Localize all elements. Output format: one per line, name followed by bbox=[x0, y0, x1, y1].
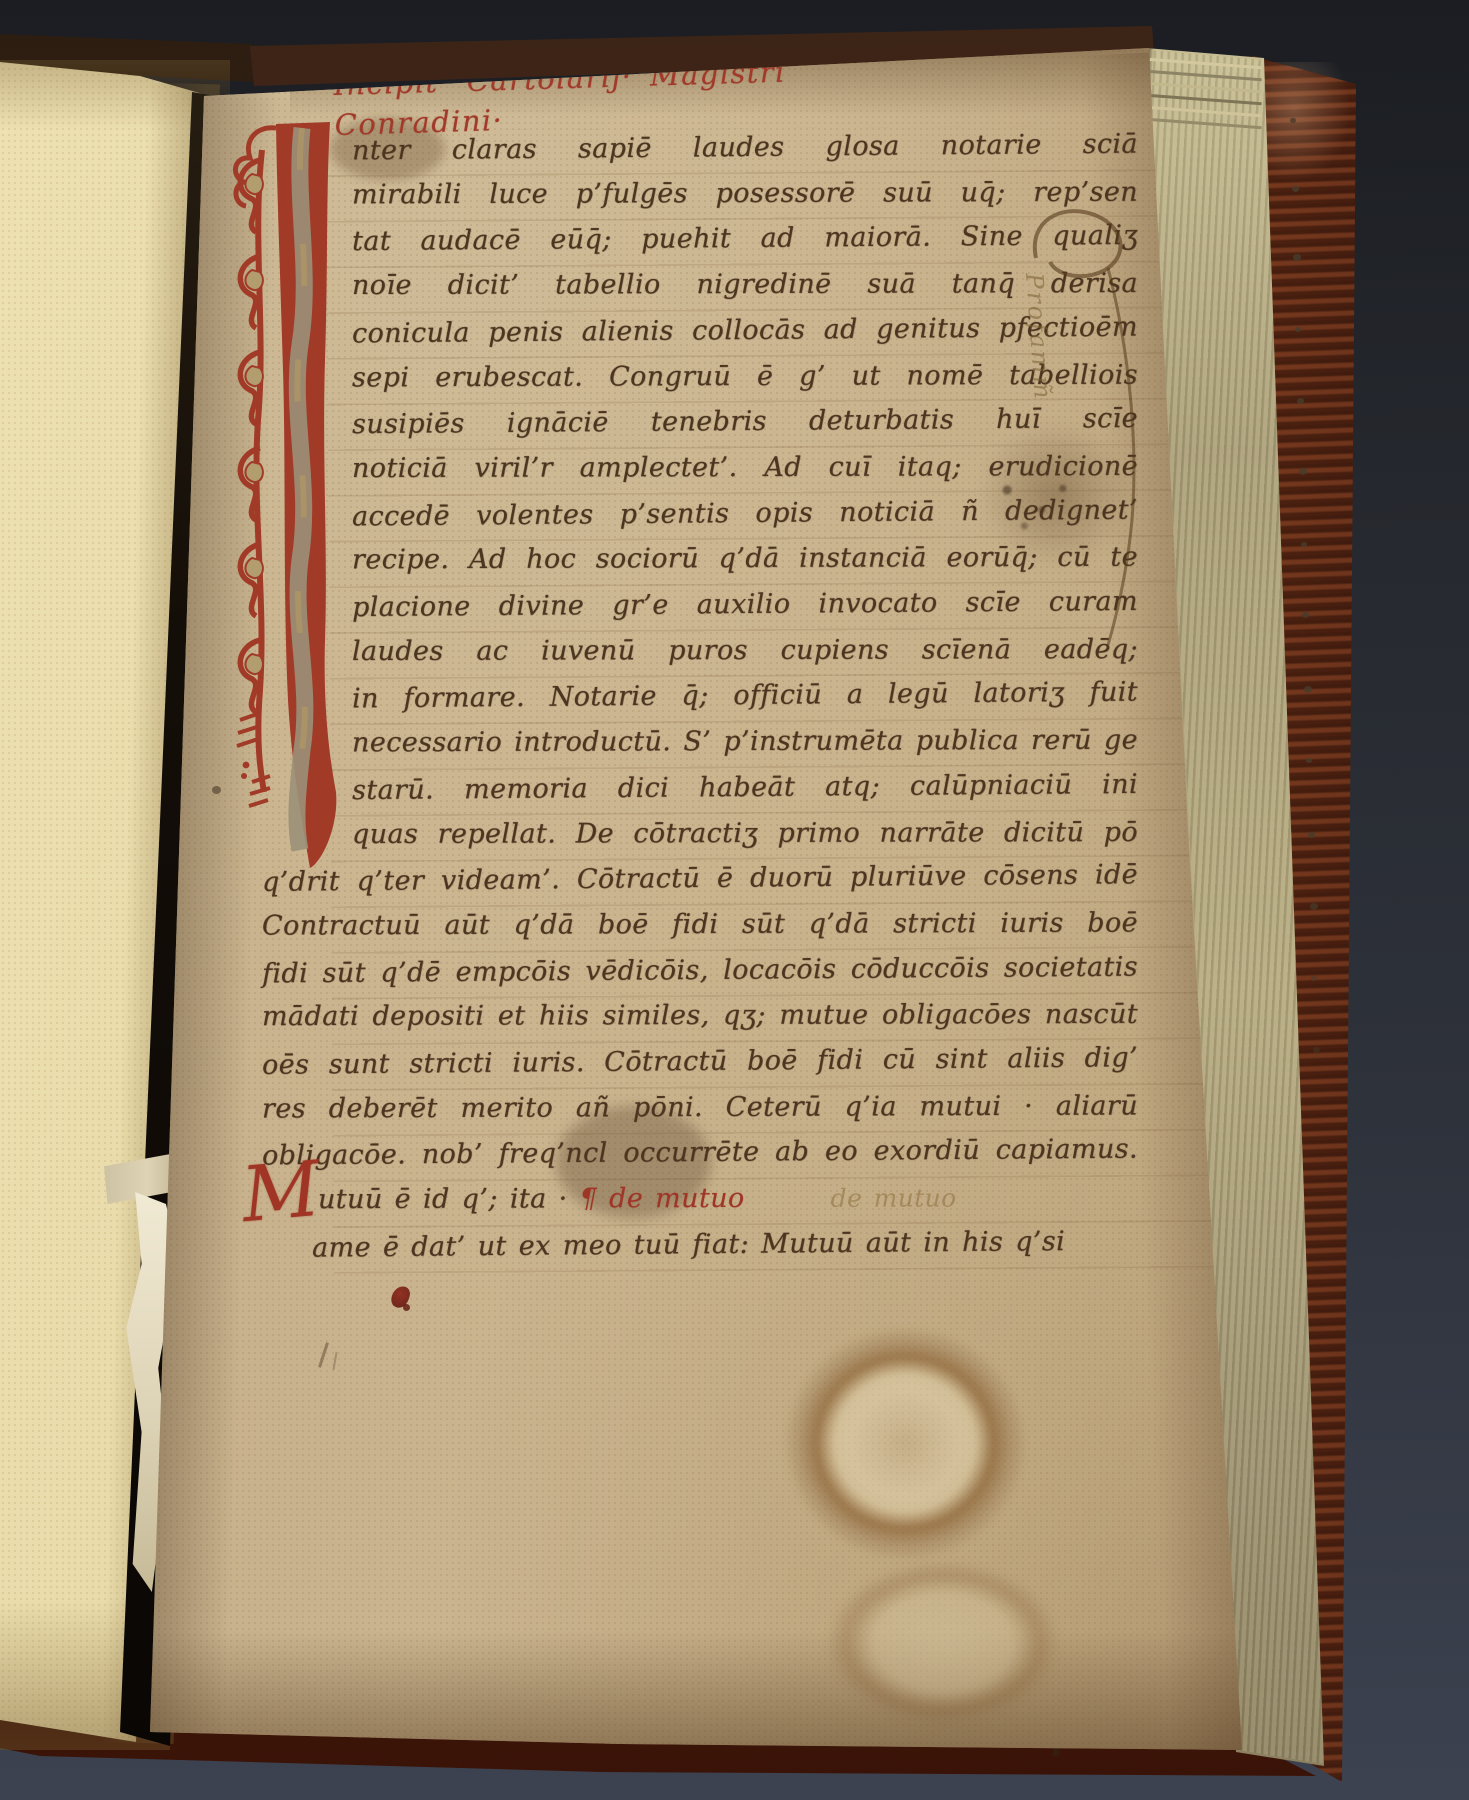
leather-highlight bbox=[1256, 62, 1352, 182]
worm-hole-speck bbox=[1292, 186, 1299, 192]
worm-hole-speck bbox=[1308, 832, 1315, 838]
worm-hole-speck bbox=[1299, 468, 1307, 475]
red-ink-dot bbox=[403, 1304, 410, 1311]
ink-speck bbox=[212, 786, 221, 794]
worm-hole-speck bbox=[1301, 542, 1307, 547]
manuscript-photograph: Incipit· Cartolarij· Magistri Conradini·… bbox=[0, 0, 1469, 1800]
worm-hole-speck bbox=[1310, 903, 1318, 910]
